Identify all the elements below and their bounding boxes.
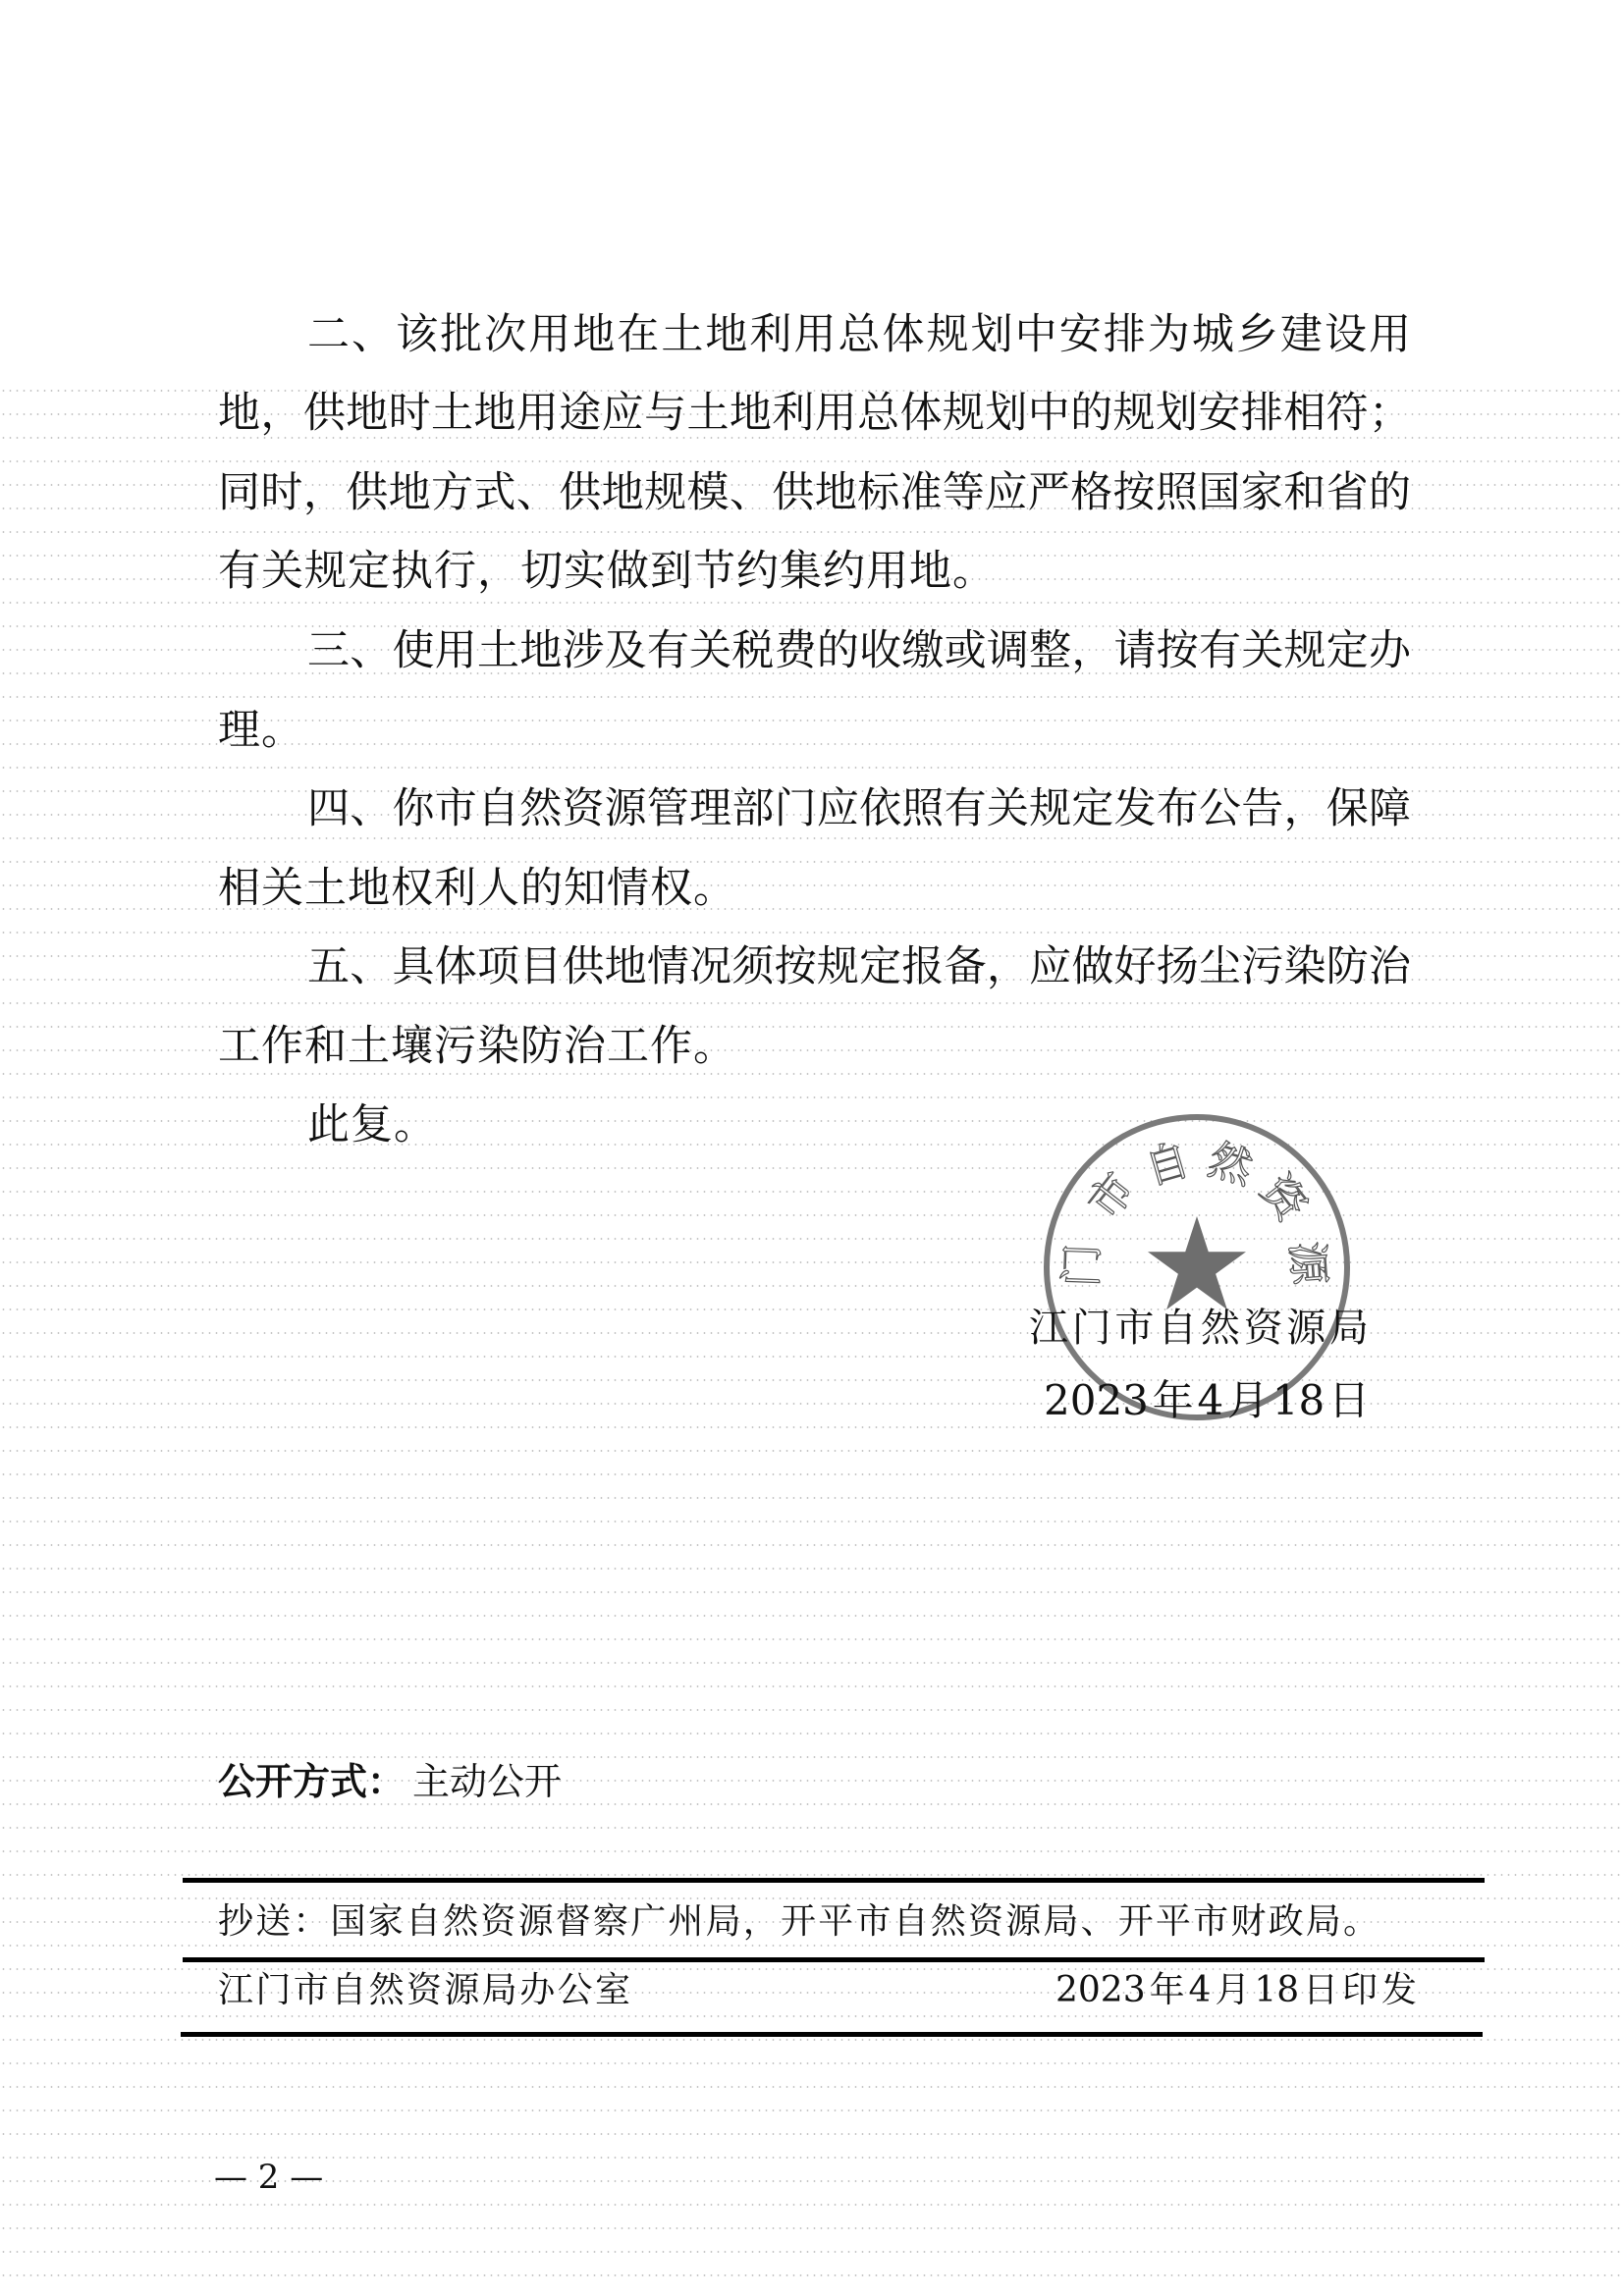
body-line: 相关土地权利人的知情权。 <box>218 859 736 918</box>
footer-rule-middle <box>183 1957 1485 1962</box>
seal-char: 源 <box>1284 1241 1330 1287</box>
footer-rule-bottom <box>181 2032 1483 2037</box>
body-line: 五、具体项目供地情况须按规定报备，应做好扬尘污染防治 <box>307 937 1411 996</box>
body-line: 同时，供地方式、供地规模、供地标准等应严格按照国家和省的 <box>218 463 1411 522</box>
body-line: 地，供地时土地用途应与土地利用总体规划中的规划安排相符； <box>218 384 1411 443</box>
cc-line: 抄送：国家自然资源督察广州局，开平市自然资源局、开平市财政局。 <box>218 1897 1379 1947</box>
seal-char: 门 <box>1060 1243 1106 1288</box>
page-number: — 2 — <box>214 2158 323 2197</box>
body-line: 理。 <box>218 701 304 760</box>
issuer-name: 江门市自然资源局 <box>1029 1304 1369 1353</box>
body-line: 三、使用土地涉及有关税费的收缴或调整，请按有关规定办 <box>307 621 1411 680</box>
body-line: 二、该批次用地在土地利用总体规划中安排为城乡建设用 <box>307 305 1411 364</box>
disclosure-method: 公开方式：主动公开 <box>218 1757 562 1806</box>
disclosure-value: 主动公开 <box>412 1760 562 1803</box>
print-date: 2023年4月18日印发 <box>1055 1966 1417 2015</box>
closing-line: 此复。 <box>307 1095 437 1154</box>
disclosure-label: 公开方式： <box>218 1760 405 1803</box>
official-seal: 门 市 自 然 资 源 <box>1044 1114 1350 1420</box>
body-line: 有关规定执行，切实做到节约集约用地。 <box>218 542 996 601</box>
star-icon <box>1148 1216 1246 1310</box>
issue-date: 2023年4月18日 <box>1044 1376 1370 1425</box>
body-line: 四、你市自然资源管理部门应依照有关规定发布公告，保障 <box>307 779 1411 838</box>
footer-rule-top <box>183 1878 1485 1883</box>
issuing-office: 江门市自然资源局办公室 <box>218 1966 630 2015</box>
body-line: 工作和土壤污染防治工作。 <box>218 1017 736 1076</box>
